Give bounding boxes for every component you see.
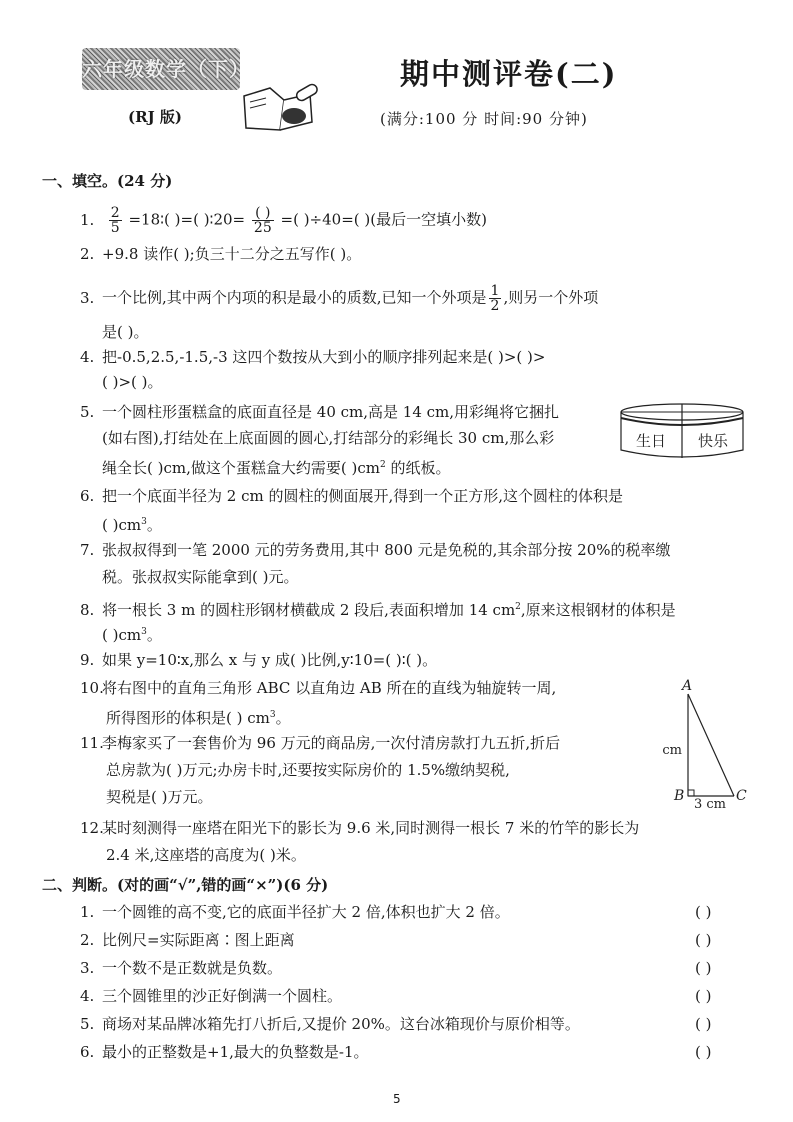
grade-badge: 六年级数学（下） (82, 48, 240, 90)
q-text: 把一个底面半径为 2 cm 的圆柱的侧面展开,得到一个正方形,这个圆柱的体积是 (102, 487, 623, 505)
book-magnifier-icon (240, 82, 320, 134)
q-text: 某时刻测得一座塔在阳光下的影长为 9.6 米,同时测得一根长 7 米的竹竿的影长… (102, 819, 639, 837)
question-11: 11.李梅家买了一套售价为 96 万元的商品房,一次付清房款打九五折,折后 (80, 733, 560, 753)
section-2-heading: 二、判断。(对的画“√”,错的画“×”)(6 分) (42, 874, 328, 895)
q-text: 李梅家买了一套售价为 96 万元的商品房,一次付清房款打九五折,折后 (102, 734, 560, 752)
question-8-line-2[interactable]: ( )cm3。 (102, 622, 162, 645)
svg-text:C: C (736, 788, 747, 804)
right-triangle-figure: A B C 6 cm 3 cm (660, 674, 760, 809)
question-6: 6.把一个底面半径为 2 cm 的圆柱的侧面展开,得到一个正方形,这个圆柱的体积… (80, 486, 623, 506)
question-8: 8.将一根长 3 m 的圆柱形钢材横截成 2 段后,表面积增加 14 cm2,原… (80, 597, 676, 620)
section-1-heading: 一、填空。(24 分) (42, 170, 172, 191)
q-number: 2. (80, 244, 102, 264)
question-6-line-2[interactable]: ( )cm3。 (102, 512, 162, 535)
q-number: 11. (80, 733, 102, 753)
question-3: 3.一个比例,其中两个内项的积是最小的质数,已知一个外项是12,则另一个外项 (80, 284, 598, 313)
q-number: 12. (80, 818, 102, 838)
question-2: 2.+9.8 读作( );负三十二分之五写作( )。 (80, 244, 361, 264)
question-5-line-3[interactable]: 绳全长( )cm,做这个蛋糕盒大约需要( )cm2 的纸板。 (102, 455, 450, 478)
question-5-line-2: (如右图),打结处在上底面圆的圆心,打结部分的彩绳长 30 cm,那么彩 (102, 428, 554, 448)
q-number: 9. (80, 650, 102, 670)
answer-blank[interactable]: =( )÷40=( )(最后一空填小数) (281, 211, 487, 229)
question-7-line-2[interactable]: 税。张叔叔实际能拿到( )元。 (102, 567, 298, 587)
q-number: 6. (80, 486, 102, 506)
q-number: 5. (80, 402, 102, 422)
question-4: 4.把-0.5,2.5,-1.5,-3 这四个数按从大到小的顺序排列起来是( )… (80, 347, 545, 367)
q-text[interactable]: 把-0.5,2.5,-1.5,-3 这四个数按从大到小的顺序排列起来是( )>(… (102, 348, 545, 366)
svg-text:3 cm: 3 cm (694, 797, 726, 809)
svg-text:B: B (673, 788, 684, 804)
exam-info: (满分:100 分 时间:90 分钟) (380, 108, 588, 129)
page-number: 5 (393, 1092, 401, 1106)
judge-answer-1[interactable]: ( ) (695, 902, 711, 922)
q-text[interactable]: 如果 y=10∶x,那么 x 与 y 成( )比例,y∶10=( )∶( )。 (102, 651, 437, 669)
q-number: 10. (80, 678, 102, 698)
svg-text:生日: 生日 (636, 432, 666, 450)
q-text: 一个比例,其中两个内项的积是最小的质数,已知一个外项是 (102, 289, 487, 307)
page-title: 期中测评卷(二) (400, 52, 617, 93)
answer-blank[interactable]: =18∶( )=( )∶20= (128, 211, 245, 229)
question-3-line-2[interactable]: 是( )。 (102, 322, 148, 342)
svg-text:A: A (680, 678, 692, 694)
judge-item-1: 1.一个圆锥的高不变,它的底面半径扩大 2 倍,体积也扩大 2 倍。 (80, 902, 510, 922)
judge-answer-3[interactable]: ( ) (695, 958, 711, 978)
judge-answer-5[interactable]: ( ) (695, 1014, 711, 1034)
judge-item-4: 4.三个圆锥里的沙正好倒满一个圆柱。 (80, 986, 342, 1006)
question-10-line-2[interactable]: 所得图形的体积是( ) cm3。 (106, 705, 291, 728)
judge-answer-6[interactable]: ( ) (695, 1042, 711, 1062)
edition-label: (RJ 版) (128, 106, 182, 127)
q-number: 3. (80, 288, 102, 308)
svg-text:6 cm: 6 cm (660, 743, 682, 758)
question-11-line-3[interactable]: 契税是( )万元。 (106, 787, 212, 807)
question-11-line-2[interactable]: 总房款为( )万元;办房卡时,还要按实际房价的 1.5%缴纳契税, (106, 760, 510, 780)
q-number: 8. (80, 600, 102, 620)
q-number: 1. (80, 210, 102, 230)
question-12-line-2[interactable]: 2.4 米,这座塔的高度为( )米。 (106, 845, 306, 865)
q-text: ,则另一个外项 (503, 289, 598, 307)
question-7: 7.张叔叔得到一笔 2000 元的劳务费用,其中 800 元是免税的,其余部分按… (80, 540, 671, 560)
q-text[interactable]: +9.8 读作( );负三十二分之五写作( )。 (102, 245, 361, 263)
judge-item-3: 3.一个数不是正数就是负数。 (80, 958, 282, 978)
judge-item-5: 5.商场对某品牌冰箱先打八折后,又提价 20%。这台冰箱现价与原价相等。 (80, 1014, 580, 1034)
judge-item-2: 2.比例尺=实际距离∶图上距离 (80, 930, 295, 950)
fraction: 12 (489, 284, 502, 313)
judge-answer-2[interactable]: ( ) (695, 930, 711, 950)
question-9: 9.如果 y=10∶x,那么 x 与 y 成( )比例,y∶10=( )∶( )… (80, 650, 437, 670)
question-4-line-2[interactable]: ( )>( )。 (102, 372, 163, 392)
judge-answer-4[interactable]: ( ) (695, 986, 711, 1006)
svg-text:快乐: 快乐 (698, 432, 729, 450)
q-text: 张叔叔得到一笔 2000 元的劳务费用,其中 800 元是免税的,其余部分按 2… (102, 541, 671, 559)
question-5: 5.一个圆柱形蛋糕盒的底面直径是 40 cm,高是 14 cm,用彩绳将它捆扎 (80, 402, 559, 422)
q-text: 一个圆柱形蛋糕盒的底面直径是 40 cm,高是 14 cm,用彩绳将它捆扎 (102, 403, 559, 421)
question-10: 10.将右图中的直角三角形 ABC 以直角边 AB 所在的直线为轴旋转一周, (80, 678, 556, 698)
q-text: 将右图中的直角三角形 ABC 以直角边 AB 所在的直线为轴旋转一周, (102, 679, 556, 697)
judge-item-6: 6.最小的正整数是+1,最大的负整数是-1。 (80, 1042, 369, 1062)
q-number: 4. (80, 347, 102, 367)
q-number: 7. (80, 540, 102, 560)
cake-box-figure: 生日 快乐 (618, 402, 746, 460)
question-1: 1. 25 =18∶( )=( )∶20= ( )25 =( )÷40=( )(… (80, 206, 487, 235)
fraction-blank[interactable]: ( )25 (252, 206, 274, 235)
question-12: 12.某时刻测得一座塔在阳光下的影长为 9.6 米,同时测得一根长 7 米的竹竿… (80, 818, 639, 838)
fraction: 25 (109, 206, 122, 235)
